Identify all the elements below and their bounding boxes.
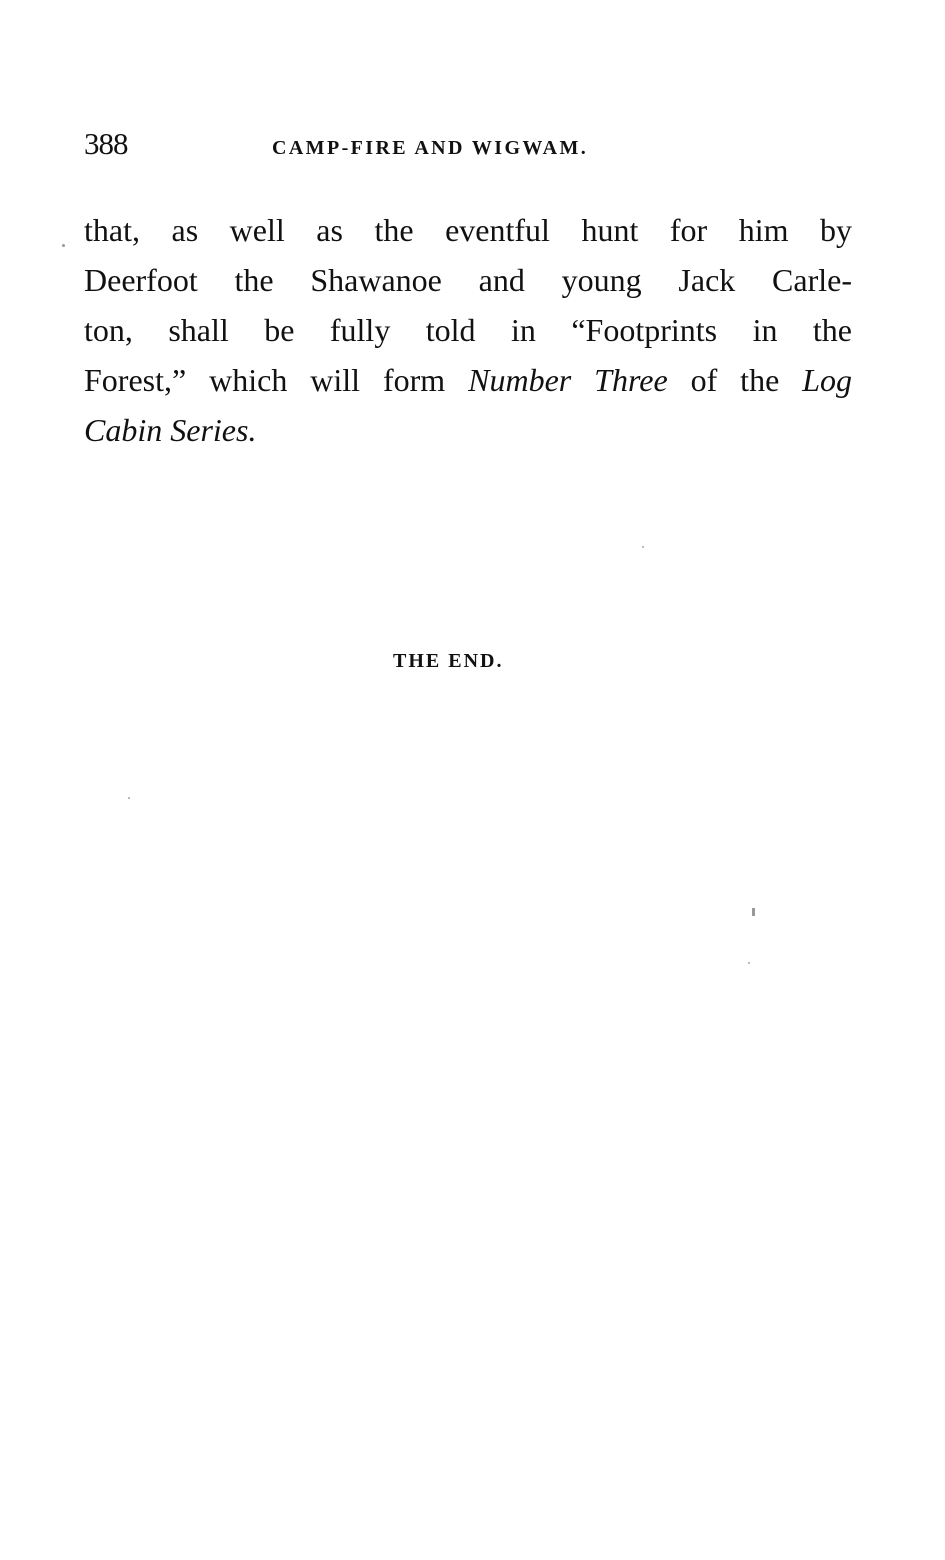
stray-ink-mark [62, 244, 65, 247]
body-paragraph: that, as well as the eventful hunt for h… [84, 205, 852, 455]
text-line: Forest,” which will form Number Three of… [84, 355, 852, 405]
text-line: Cabin Series. [84, 405, 852, 455]
text-segment: Forest,” which will form [84, 362, 445, 398]
page-number: 388 [84, 124, 128, 164]
text-segment: of the [691, 362, 780, 398]
text-segment: that, as well as the eventful hunt for h… [84, 212, 852, 248]
paper-speck [128, 797, 130, 799]
running-head: CAMP-FIRE AND WIGWAM. [272, 128, 588, 168]
text-line: that, as well as the eventful hunt for h… [84, 205, 852, 255]
italic-series-name-part: Cabin Series. [84, 412, 256, 448]
text-line: Deerfoot the Shawanoe and young Jack Car… [84, 255, 852, 305]
italic-title-number-three: Number Three [468, 362, 668, 398]
paper-speck [642, 546, 644, 548]
the-end-marker: THE END. [393, 646, 503, 676]
text-segment: ton, shall be fully told in “Footprints … [84, 312, 852, 348]
italic-series-name-part: Log [802, 362, 852, 398]
text-line: ton, shall be fully told in “Footprints … [84, 305, 852, 355]
paper-speck [748, 962, 750, 964]
page-header: 388 CAMP-FIRE AND WIGWAM. [84, 124, 784, 164]
text-segment: Deerfoot the Shawanoe and young Jack Car… [84, 262, 852, 298]
paper-speck [752, 908, 755, 916]
